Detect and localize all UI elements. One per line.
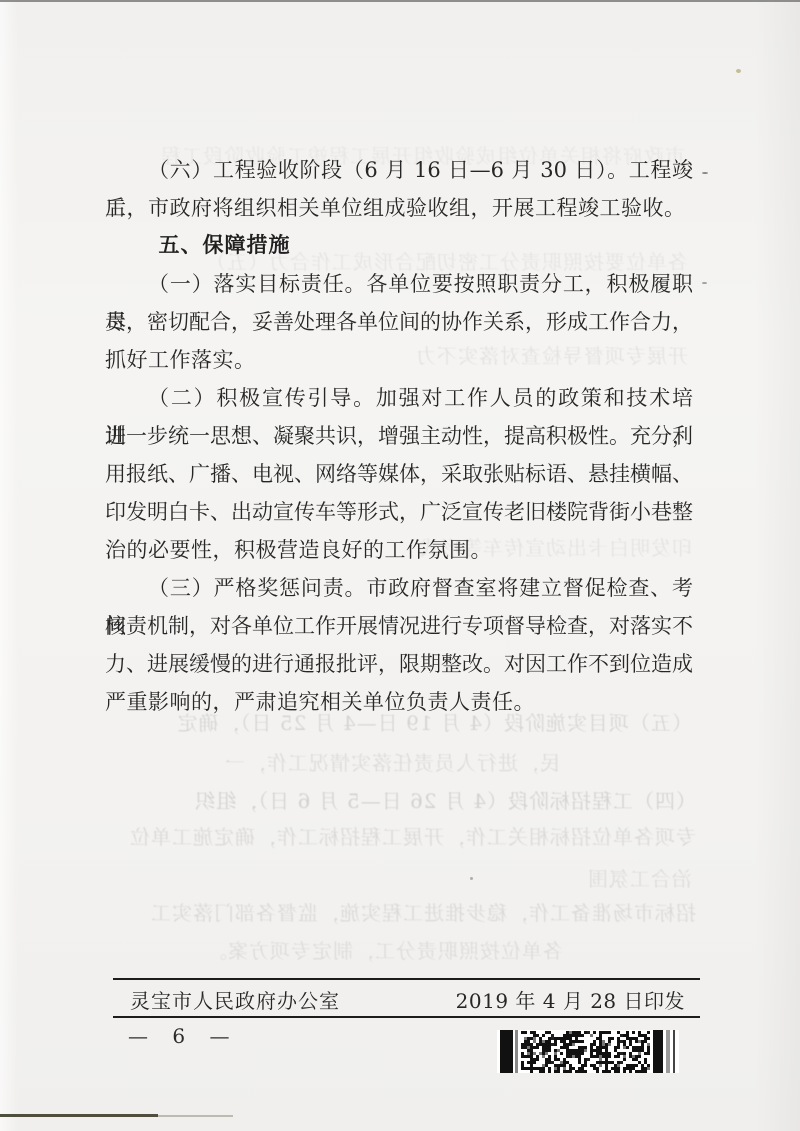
scan-artifact-top-edge <box>0 0 800 2</box>
scan-artifact-bottom-line <box>0 1114 158 1117</box>
scan-speck <box>702 282 707 284</box>
bleedthrough-line: 专项各单位招标相关工作，开展工程招标工作，确定施工单位 <box>106 821 696 850</box>
bleedthrough-line: 民，进行人员责任落实情况工作，一 <box>130 747 560 776</box>
body-line: 用报纸、广播、电视、网络等媒体，采取张贴标语、悬挂横幅、 <box>105 455 693 493</box>
document-body: （六）工程验收阶段（6 月 16 日—6 月 30 日）。工程竣工 后，市政府将… <box>105 151 693 721</box>
footer-print-date: 2019 年 4 月 28 日印发 <box>456 985 700 1014</box>
bleedthrough-line: （四）工程招标阶段（4 月 26 日—5 月 6 日），组织 <box>108 785 696 814</box>
section-heading: 五、保障措施 <box>105 227 693 265</box>
scan-artifact-bottom-line-faint <box>158 1115 233 1117</box>
body-line: 问责机制，对各单位工作开展情况进行专项督导检查，对落实不 <box>105 607 693 645</box>
body-line: 治的必要性，积极营造良好的工作氛围。 <box>105 531 693 569</box>
footer-rule-bottom <box>113 1016 700 1018</box>
barcode <box>497 1030 679 1073</box>
scan-speck <box>702 172 708 174</box>
body-line: 责，密切配合，妥善处理各单位间的协作关系，形成工作合力， <box>105 303 693 341</box>
bleedthrough-line: 治合工氛围 <box>552 863 692 892</box>
page-number: — 6 — <box>128 1024 231 1048</box>
body-line: 抓好工作落实。 <box>105 341 693 379</box>
bleedthrough-line: 各单位按照职责分工，制定专项方案。 <box>108 935 563 964</box>
scanned-document-page: 市政府将相关单位组成验收组开展工程竣工验收阶段工程 各单位要按照职责分工密切配合… <box>0 0 800 1131</box>
body-line: 力、进展缓慢的进行通报批评，限期整改。对因工作不到位造成 <box>105 645 693 683</box>
body-line: （三）严格奖惩问责。市政府督查室将建立督促检查、考核 <box>105 569 693 607</box>
scan-speck <box>736 69 741 73</box>
body-line: （二）积极宣传引导。加强对工作人员的政策和技术培训， <box>105 379 693 417</box>
bleedthrough-line: 招标市场准备工作，稳步推进工程实施，监督各部门落实工 <box>108 897 696 926</box>
body-line: （一）落实目标责任。各单位要按照职责分工，积极履职尽 <box>105 265 693 303</box>
body-line: 印发明白卡、出动宣传车等形式，广泛宣传老旧楼院背街小巷整 <box>105 493 693 531</box>
footer-rule-top <box>113 978 700 980</box>
body-line: 后，市政府将组织相关单位组成验收组，开展工程竣工验收。 <box>105 189 693 227</box>
body-line: 进一步统一思想、凝聚共识，增强主动性，提高积极性。充分利 <box>105 417 693 455</box>
body-line: （六）工程验收阶段（6 月 16 日—6 月 30 日）。工程竣工 <box>105 151 693 189</box>
footer-issuer: 灵宝市人民政府办公室 <box>113 985 340 1014</box>
body-line: 严重影响的，严肃追究相关单位负责人责任。 <box>105 683 693 721</box>
footer-row: 灵宝市人民政府办公室 2019 年 4 月 28 日印发 <box>113 983 700 1015</box>
scan-speck <box>470 877 473 880</box>
